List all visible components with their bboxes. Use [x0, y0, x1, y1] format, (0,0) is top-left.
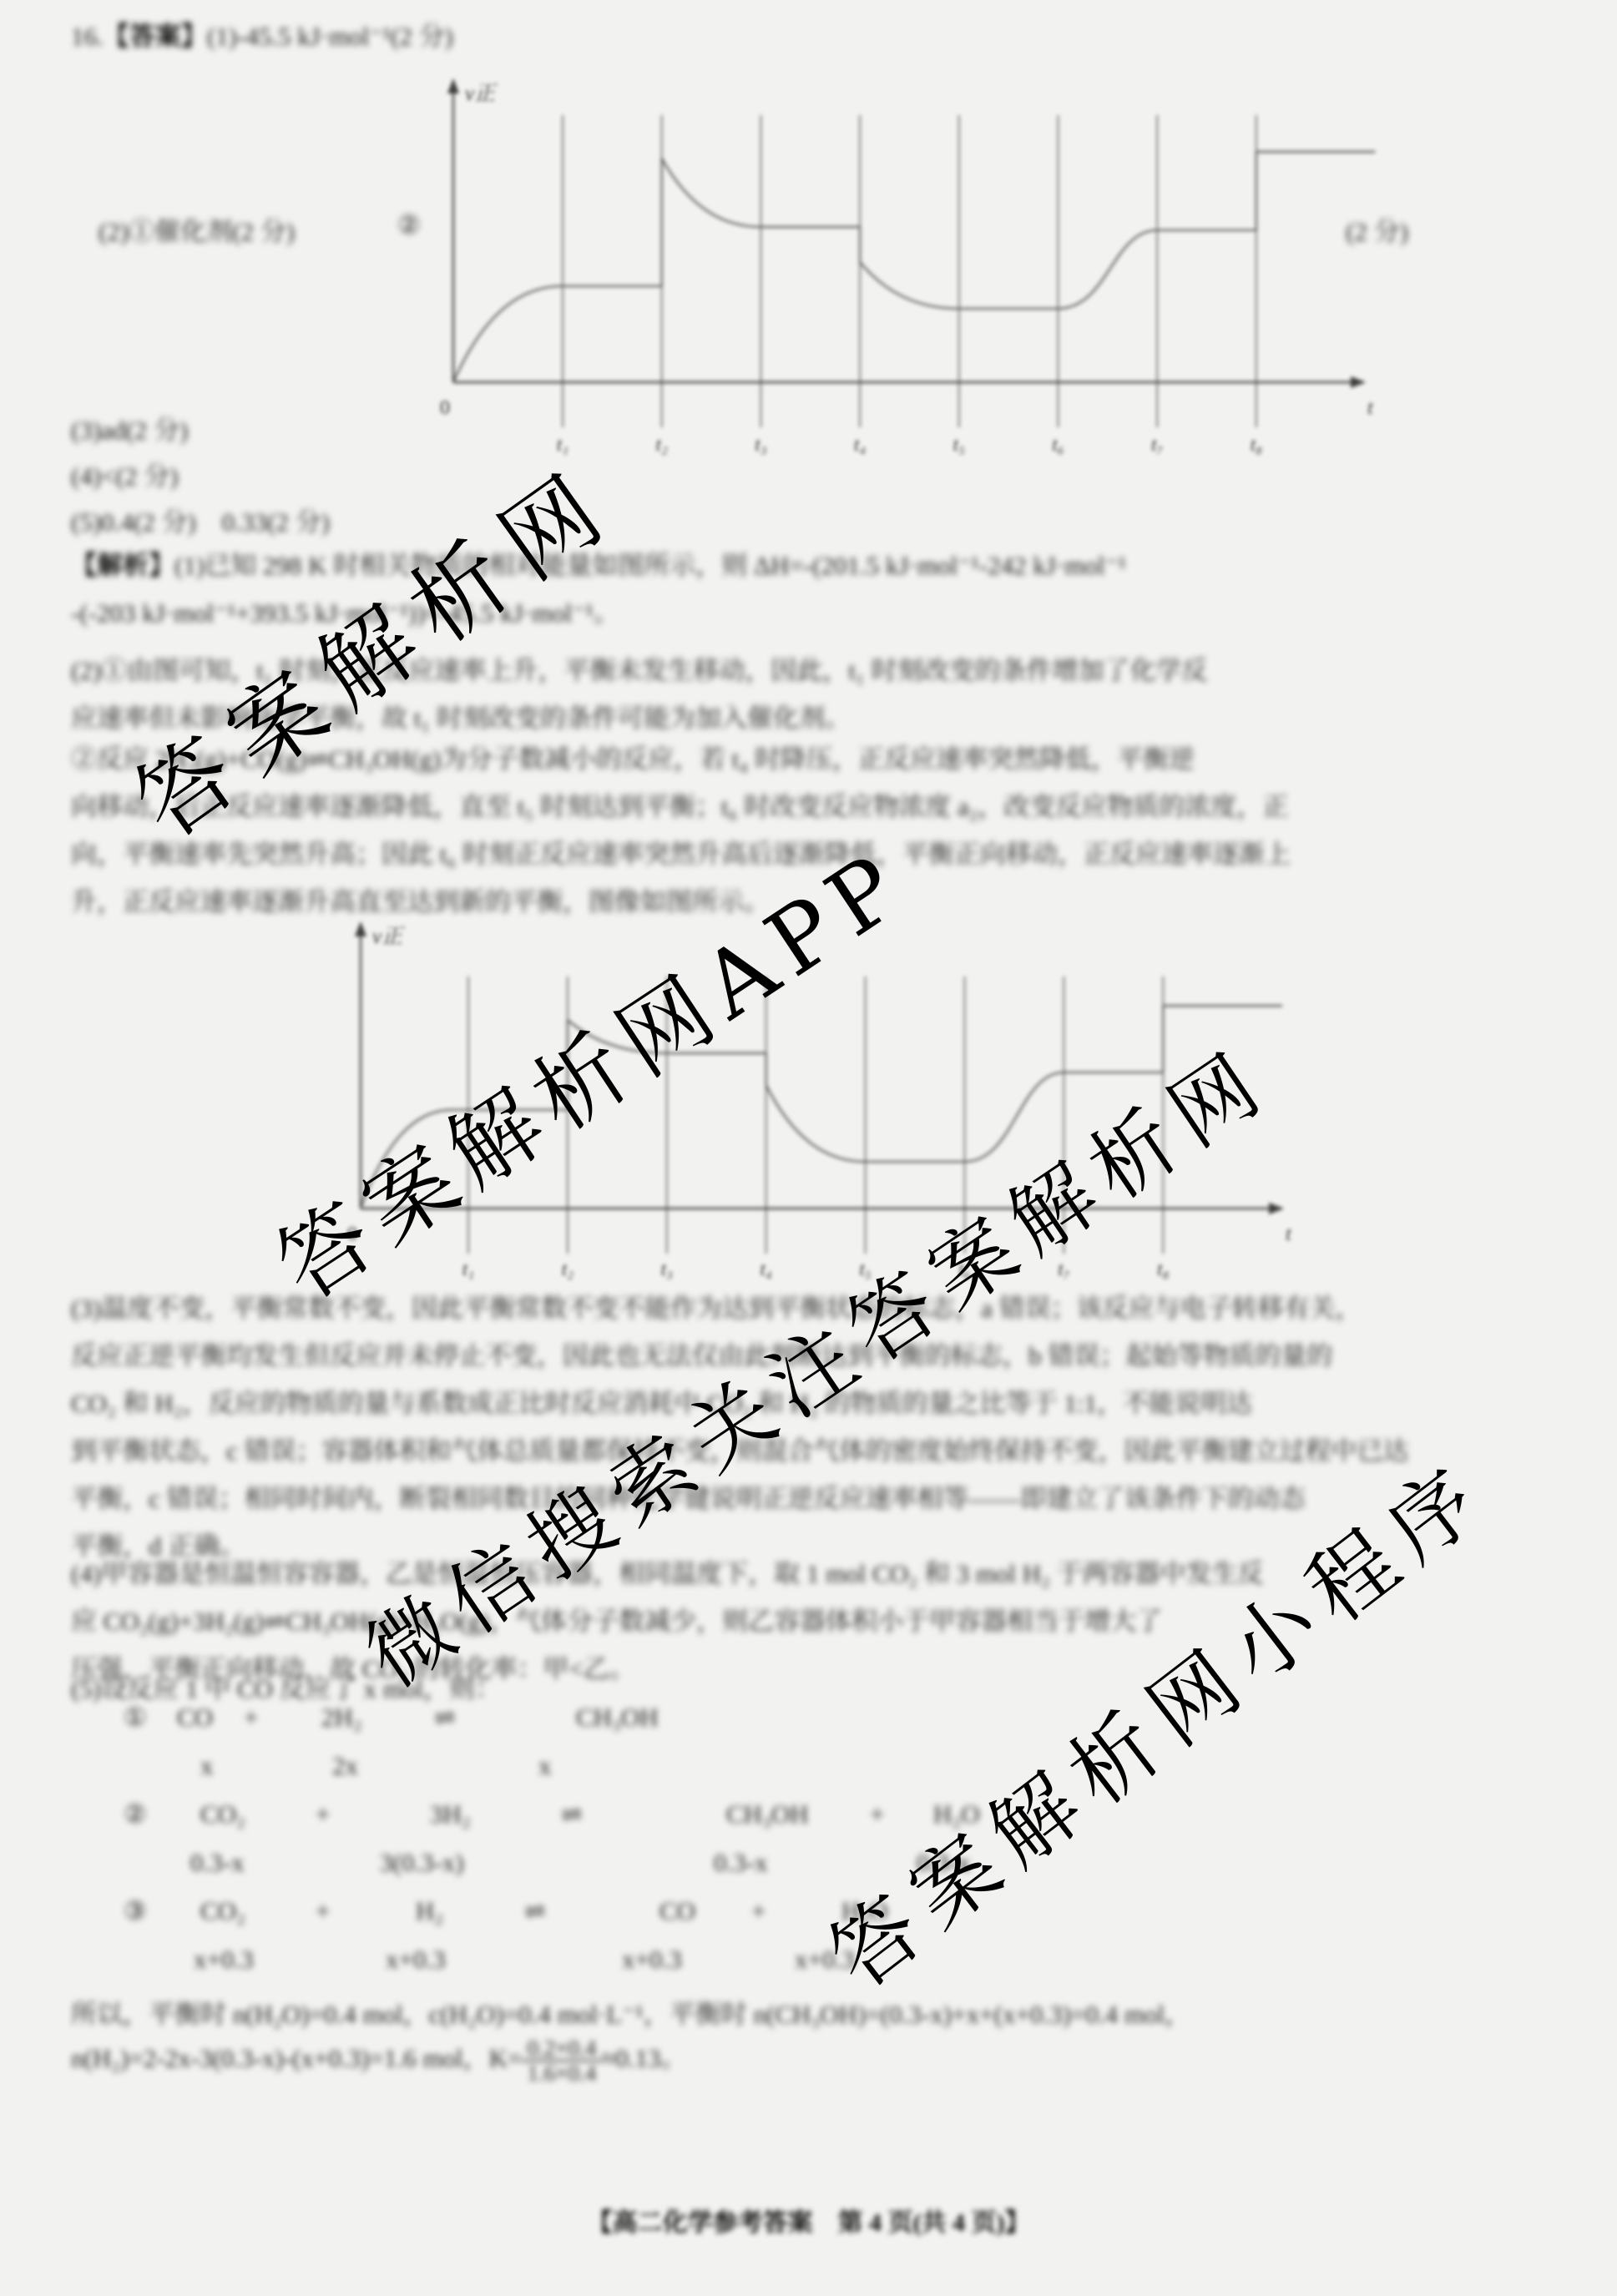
answer-label: 【答案】 — [104, 22, 207, 51]
question-number: 16. — [71, 22, 104, 51]
k-expression-after: ≈0.13。 — [601, 2043, 686, 2072]
equation-amount: 0.3-x — [714, 1848, 768, 1878]
equation-species: ① — [124, 1703, 147, 1733]
k-fraction-numerator: 0.2×0.4 — [522, 2036, 601, 2061]
equation-species: ⇌ — [524, 1896, 546, 1926]
paragraph-line: (4)甲容器是恒温恒容容器，乙是恒温恒压容器，相同温度下，取 1 mol CO₂… — [71, 1552, 1264, 1590]
x-axis-arrow-icon — [1351, 376, 1366, 388]
x-tick-label: t₆ — [1052, 434, 1064, 455]
equation-amount: x — [200, 1751, 214, 1781]
x-tick-label: t₄ — [854, 434, 866, 455]
k-expression-before: n(H₂)=2-2x-3(0.3-x)-(x+0.3)=1.6 mol，K= — [71, 2043, 522, 2072]
equation-species: ⇌ — [434, 1703, 456, 1733]
paragraph-line: (3)温度不变，平衡常数不变，因此平衡常数不变不能作为达到平衡状态的标志，a 错… — [71, 1287, 1362, 1325]
equation-species: CO₂ — [200, 1896, 245, 1926]
equation-species: + — [244, 1703, 258, 1733]
equation-species: ⇌ — [561, 1799, 583, 1829]
equation-species: CH₃OH — [726, 1799, 809, 1829]
origin-label: 0 — [440, 397, 450, 419]
page-footer: 【高二化学参考答案 第 4 页(共 4 页)】 — [0, 2202, 1617, 2238]
x-tick-label: t₂ — [656, 434, 668, 455]
answer-part2-circled2: ② — [397, 210, 421, 240]
x-axis-arrow-icon — [1269, 1203, 1284, 1214]
equation-amount: 3(0.3-x) — [380, 1848, 464, 1878]
answer-sheet-page: 16.【答案】(1)-45.5 kJ·mol⁻¹(2 分) (2)①催化剂(2 … — [0, 0, 1617, 2296]
answer-part2-score: (2 分) — [1346, 210, 1408, 248]
equation-amount: 2x — [332, 1751, 358, 1781]
equation-amount: x+0.3 — [386, 1945, 446, 1975]
x-axis-label: t — [1286, 1224, 1292, 1245]
x-tick-label: t₄ — [760, 1259, 772, 1279]
x-tick-label: t₅ — [953, 434, 965, 455]
x-tick-label: t₈ — [1157, 1259, 1169, 1279]
equation-amount: x+0.3 — [622, 1945, 682, 1975]
answer-part2-left: (2)①催化剂(2 分) — [99, 210, 295, 248]
analysis-label: 【解析】 — [71, 551, 174, 580]
x-tick-label: t₃ — [661, 1259, 673, 1279]
answer-header-line: 16.【答案】(1)-45.5 kJ·mol⁻¹(2 分) — [71, 15, 453, 53]
x-axis-label: t — [1367, 397, 1374, 419]
y-axis-label: v正 — [465, 83, 498, 105]
k-fraction: 0.2×0.41.6×0.4 — [522, 2036, 601, 2086]
answer-part1: (1)-45.5 kJ·mol⁻¹(2 分) — [207, 22, 453, 51]
answer-part5: (5)0.4(2 分) 0.33(2 分) — [71, 501, 330, 538]
x-tick-label: t₁ — [462, 1259, 474, 1279]
equation-species: ② — [124, 1799, 147, 1829]
rate-time-chart-top: t₁t₂t₃t₄t₅t₆t₇t₈v正0t — [401, 46, 1428, 472]
x-tick-label: t₈ — [1251, 434, 1262, 455]
paragraph-line: 向，平衡速率先突然升高；因此 t₆ 时刻正反应速率突然升高后逐渐降低，平衡正向移… — [71, 833, 1291, 870]
equation-species: ③ — [124, 1896, 147, 1926]
paragraph-line: 升，正反应速率逐渐升高直至达到新的平衡，图像如图所示。 — [71, 881, 770, 918]
y-axis-arrow-icon — [447, 78, 459, 93]
equation-species: CH₃OH — [576, 1703, 659, 1733]
equation-amount: 0.3-x — [190, 1848, 245, 1878]
rate-curve — [453, 152, 1375, 382]
equation-species: CO — [177, 1703, 213, 1733]
equation-species: CO₂ — [200, 1799, 245, 1829]
paragraph-line: 应 CO₂(g)+3H₂(g)⇌CH₃OH(g)+H₂O(g)，气体分子数减少，… — [71, 1600, 1162, 1637]
x-tick-label: t₃ — [755, 434, 766, 455]
x-tick-label: t₇ — [1151, 434, 1163, 455]
answer-part3: (3)ad(2 分) — [71, 409, 188, 447]
y-axis-label: v正 — [372, 926, 405, 948]
conclusion-line-1: 所以，平衡时 n(H₂O)=0.4 mol，c(H₂O)=0.4 mol·L⁻¹… — [71, 1993, 1190, 2031]
equation-species: + — [316, 1896, 330, 1926]
y-axis-arrow-icon — [355, 921, 366, 936]
equation-species: 3H₂ — [430, 1799, 471, 1829]
conclusion-line-2: n(H₂)=2-2x-3(0.3-x)-(x+0.3)=1.6 mol，K=0.… — [71, 2036, 686, 2086]
equation-species: + — [751, 1896, 766, 1926]
k-fraction-denominator: 1.6×0.4 — [522, 2061, 601, 2085]
answer-part4: (4)<(2 分) — [71, 455, 179, 492]
equation-amount: x — [538, 1751, 552, 1781]
equation-species: + — [316, 1799, 330, 1829]
x-tick-label: t₂ — [562, 1259, 574, 1279]
equation-species: CO — [659, 1896, 695, 1926]
equation-species: + — [870, 1799, 884, 1829]
equation-species: H₂ — [416, 1896, 443, 1926]
equation-species: 2H₂ — [321, 1703, 362, 1733]
equation-amount: x+0.3 — [194, 1945, 254, 1975]
